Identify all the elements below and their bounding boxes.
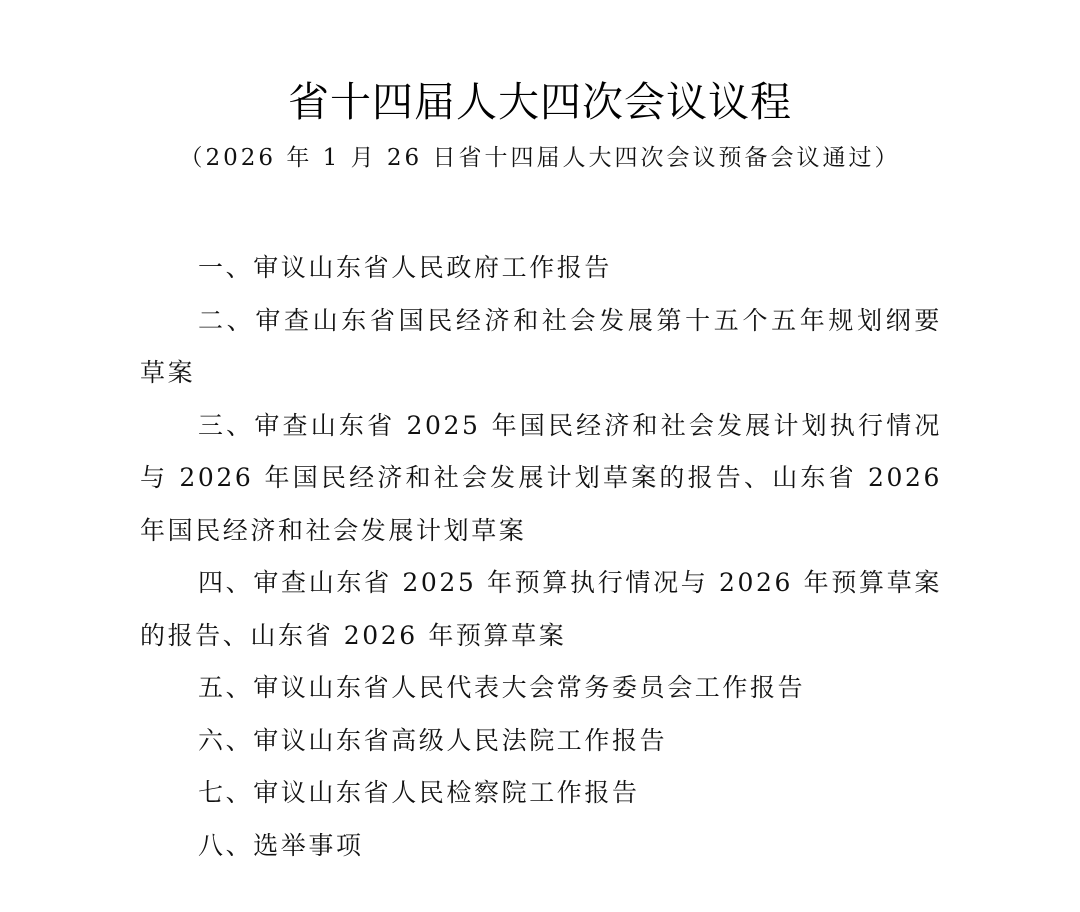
agenda-item: 四、审查山东省 2025 年预算执行情况与 2026 年预算草案的报告、山东省 …	[140, 557, 942, 662]
agenda-item-text: 审查山东省 2025 年预算执行情况与 2026 年预算草案的报告、山东省 20…	[140, 568, 942, 650]
document-page: 省十四届人大四次会议议程 （2026 年 1 月 26 日省十四届人大四次会议预…	[0, 0, 1080, 912]
agenda-item-text: 审议山东省高级人民法院工作报告	[253, 726, 667, 755]
agenda-item-text: 审议山东省人民政府工作报告	[253, 253, 612, 282]
agenda-item: 八、选举事项	[140, 820, 942, 873]
agenda-item: 三、审查山东省 2025 年国民经济和社会发展计划执行情况与 2026 年国民经…	[140, 400, 942, 558]
agenda-item-number: 四、	[198, 568, 253, 597]
agenda-item-text: 审议山东省人民代表大会常务委员会工作报告	[253, 673, 805, 702]
document-subtitle: （2026 年 1 月 26 日省十四届人大四次会议预备会议通过）	[0, 141, 1080, 175]
agenda-item: 一、审议山东省人民政府工作报告	[140, 242, 942, 295]
agenda-item-number: 三、	[198, 411, 254, 440]
agenda-item: 五、审议山东省人民代表大会常务委员会工作报告	[140, 662, 942, 715]
agenda-item-number: 六、	[198, 726, 253, 755]
agenda-item-number: 八、	[198, 831, 253, 860]
agenda-item-number: 一、	[198, 253, 253, 282]
agenda-item-text: 审查山东省 2025 年国民经济和社会发展计划执行情况与 2026 年国民经济和…	[140, 411, 942, 545]
agenda-item: 六、审议山东省高级人民法院工作报告	[140, 715, 942, 768]
agenda-item-number: 二、	[198, 306, 255, 335]
agenda-item-text: 审查山东省国民经济和社会发展第十五个五年规划纲要草案	[140, 306, 942, 388]
document-title: 省十四届人大四次会议议程	[0, 74, 1080, 130]
agenda-list: 一、审议山东省人民政府工作报告 二、审查山东省国民经济和社会发展第十五个五年规划…	[140, 242, 942, 872]
agenda-item: 二、审查山东省国民经济和社会发展第十五个五年规划纲要草案	[140, 295, 942, 400]
agenda-item-text: 选举事项	[253, 831, 363, 860]
agenda-item-number: 五、	[198, 673, 253, 702]
agenda-item: 七、审议山东省人民检察院工作报告	[140, 767, 942, 820]
agenda-item-text: 审议山东省人民检察院工作报告	[253, 778, 639, 807]
agenda-item-number: 七、	[198, 778, 253, 807]
